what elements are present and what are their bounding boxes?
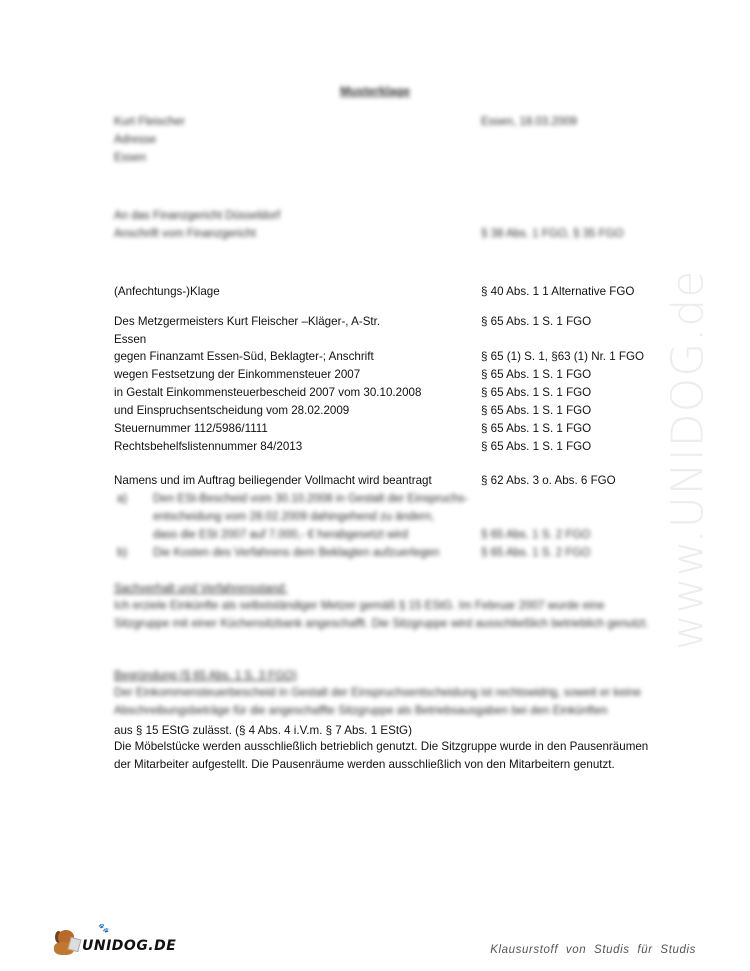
paw-icon: 🐾 — [98, 923, 109, 934]
recipient-line2: Anschrift vom Finanzgericht — [114, 227, 256, 241]
case-row-ref: § 65 Abs. 1 S. 1 FGO — [481, 440, 591, 454]
dog-icon — [52, 928, 78, 956]
case-row-left: (Anfechtungs-)Klage — [114, 285, 220, 299]
sender-city: Essen — [114, 151, 146, 165]
sender-address: Adresse — [114, 133, 156, 147]
recipient-ref: § 38 Abs. 1 FGO, § 35 FGO — [481, 227, 624, 241]
item-a-marker: a) — [117, 492, 127, 506]
reasoning-clear-line: aus § 15 EStG zulässt. (§ 4 Abs. 4 i.V.m… — [114, 724, 412, 738]
request-ref: § 62 Abs. 3 o. Abs. 6 FGO — [481, 474, 616, 488]
footer-tagline: Klausurstoff von Studis für Studis — [490, 944, 696, 956]
case-row-ref: § 65 Abs. 1 S. 1 FGO — [481, 368, 591, 382]
item-a-line3: dass die ESt 2007 auf 7.000,- € herabges… — [153, 528, 408, 542]
place-date: Essen, 18.03.2009 — [481, 115, 577, 129]
facts-heading: Sachverhalt und Verfahrensstand: — [114, 582, 287, 596]
item-b-ref: § 65 Abs. 1 S. 2 FGO — [481, 546, 590, 560]
case-row-ref: § 65 (1) S. 1, §63 (1) Nr. 1 FGO — [481, 350, 644, 364]
case-row-left: Rechtsbehelfslistennummer 84/2013 — [114, 440, 302, 454]
item-b-line1: Die Kosten des Verfahrens dem Beklagten … — [153, 546, 439, 560]
item-a-line1: Den ESt-Bescheid vom 30.10.2008 in Gesta… — [153, 492, 468, 506]
document-page: www.UNIDOG.de Musterklage Kurt Fleischer… — [0, 0, 750, 971]
recipient-line1: An das Finanzgericht Düsseldorf — [114, 209, 280, 223]
watermark: www.UNIDOG.de — [663, 270, 714, 651]
case-row-ref: § 65 Abs. 1 S. 1 FGO — [481, 404, 591, 418]
sender-name: Kurt Fleischer — [114, 115, 185, 129]
document-title: Musterklage — [0, 84, 750, 98]
reasoning-clear-text: Die Möbelstücke werden ausschließlich be… — [114, 738, 654, 774]
item-a-line2: entscheidung vom 28.02.2009 dahingehend … — [153, 510, 434, 524]
unidog-logo: 🐾 UNIDOG.DE — [52, 928, 176, 956]
case-row-left: gegen Finanzamt Essen-Süd, Beklagter-; A… — [114, 350, 374, 364]
reasoning-blurred-text: Der Einkommensteuerbescheid in Gestalt d… — [114, 684, 654, 720]
item-b-marker: b) — [117, 546, 127, 560]
facts-text: Ich erziele Einkünfte als selbstständige… — [114, 597, 654, 633]
case-row-left: in Gestalt Einkommensteuerbescheid 2007 … — [114, 386, 421, 400]
case-row-ref: § 65 Abs. 1 S. 1 FGO — [481, 315, 591, 329]
case-row-left: Essen — [114, 333, 146, 347]
case-row-ref: § 65 Abs. 1 S. 1 FGO — [481, 386, 591, 400]
case-row-ref: § 40 Abs. 1 1 Alternative FGO — [481, 285, 634, 299]
case-row-ref: § 65 Abs. 1 S. 1 FGO — [481, 422, 591, 436]
case-row-left: und Einspruchsentscheidung vom 28.02.200… — [114, 404, 349, 418]
reasoning-heading: Begründung (§ 65 Abs. 1 S. 3 FGO) — [114, 669, 297, 683]
case-row-left: Des Metzgermeisters Kurt Fleischer –Kläg… — [114, 315, 380, 329]
case-row-left: Steuernummer 112/5986/1111 — [114, 422, 268, 436]
logo-text: UNIDOG.DE — [82, 938, 176, 954]
item-a-ref: § 65 Abs. 1 S. 2 FGO — [481, 528, 590, 542]
request-intro: Namens und im Auftrag beiliegender Vollm… — [114, 474, 432, 488]
case-row-left: wegen Festsetzung der Einkommensteuer 20… — [114, 368, 360, 382]
